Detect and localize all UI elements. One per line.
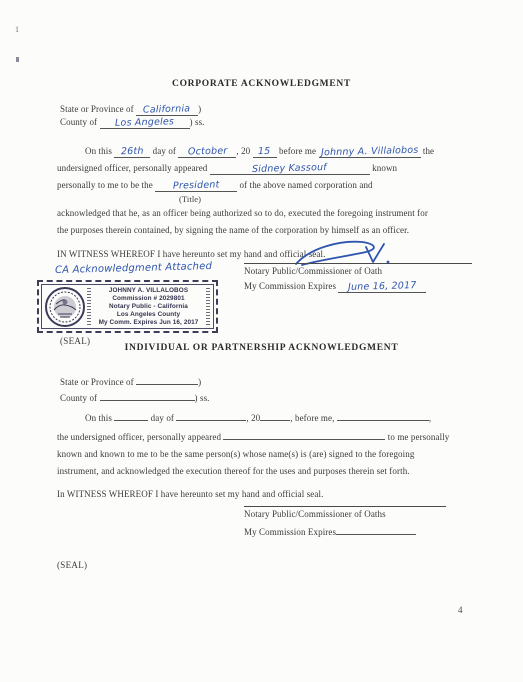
corporate-body: acknowledged that he, as an officer bein… xyxy=(57,205,477,239)
corporate-line1: On this 26th day of October, 20 15 befor… xyxy=(57,143,473,160)
commission-handwriting: June 16, 2017 xyxy=(348,280,417,294)
state-blank: California xyxy=(136,103,198,116)
state-handwriting: California xyxy=(143,103,191,116)
line3-pre-text: personally to me to be the xyxy=(57,180,153,190)
notary-stamp: JOHNNY A. VILLALOBOS Commission # 202980… xyxy=(37,280,218,333)
individual-commission-line: My Commission Expires xyxy=(244,522,474,541)
individual-paragraph: On this day of , 20, before me, , the un… xyxy=(57,408,475,480)
line2-post-text: known xyxy=(372,163,397,173)
month-handwriting: October xyxy=(188,145,228,158)
corporate-venue-block: State or Province of California) County … xyxy=(60,103,480,129)
ind-day-blank xyxy=(114,408,148,421)
notary-name-blank: Johnny A. Villalobos xyxy=(319,145,421,158)
corporate-body-line2: the purposes therein contained, by signi… xyxy=(57,222,477,239)
ind-day-of-text: day of xyxy=(151,413,174,423)
individual-state-line: State or Province of ) xyxy=(60,372,480,388)
individual-commission-blank xyxy=(336,522,416,535)
notary-stamp-inner: JOHNNY A. VILLALOBOS Commission # 202980… xyxy=(41,284,214,329)
state-label: State or Province of xyxy=(60,104,134,114)
appeared-handwriting: Sidney Kassouf xyxy=(252,162,327,176)
commission-label: My Commission Expires xyxy=(244,281,336,291)
corporate-title: CORPORATE ACKNOWLEDGMENT xyxy=(0,79,523,89)
corporate-body-line1: acknowledged that he, as an officer bein… xyxy=(57,205,477,222)
individual-notary-block: Notary Public/Commissioner of Oaths My C… xyxy=(244,506,474,541)
individual-state-paren: ) xyxy=(198,377,201,387)
ind-notary-blank xyxy=(337,408,429,421)
individual-venue-block: State or Province of ) County of ) ss. xyxy=(60,372,480,404)
state-seal-icon xyxy=(44,286,86,328)
corporate-line3: personally to me to be the President of … xyxy=(57,177,473,194)
before-me-text: before me xyxy=(279,146,316,156)
officer-title-handwriting: President xyxy=(173,179,220,192)
officer-title-blank: President xyxy=(155,179,237,192)
year-handwriting: 15 xyxy=(258,146,271,158)
individual-county-blank xyxy=(100,388,195,401)
commission-line: My Commission Expires June 16, 2017 xyxy=(244,278,474,294)
day-of-text: day of xyxy=(153,146,176,156)
stamp-left-microtext xyxy=(87,288,91,326)
the-text: the xyxy=(423,146,434,156)
ind-appeared-blank xyxy=(223,427,385,440)
stamp-right-microtext xyxy=(206,288,210,326)
line3-post-text: of the above named corporation and xyxy=(240,180,373,190)
stamp-commission: Commission # 2029801 xyxy=(92,295,205,303)
year-blank: 15 xyxy=(253,145,277,158)
corporate-state-line: State or Province of California) xyxy=(60,103,480,116)
county-blank: Los Angeles xyxy=(100,116,190,129)
individual-county-line: County of ) ss. xyxy=(60,388,480,404)
stamp-name: JOHNNY A. VILLALOBOS xyxy=(92,287,205,295)
month-blank: October xyxy=(178,145,236,158)
individual-line2: the undersigned officer, personally appe… xyxy=(57,427,475,446)
corporate-county-line: County of Los Angeles) ss. xyxy=(60,116,480,129)
county-handwriting: Los Angeles xyxy=(115,116,174,130)
individual-witness: In WITNESS WHEREOF I have hereunto set m… xyxy=(57,486,323,503)
ind-on-this-text: On this xyxy=(85,413,112,423)
notary-line-label: Notary Public/Commissioner of Oath xyxy=(244,264,474,278)
individual-state-label: State or Province of xyxy=(60,377,134,387)
individual-notary-line-label: Notary Public/Commissioner of Oaths xyxy=(244,507,474,522)
notary-name-handwriting: Johnny A. Villalobos xyxy=(321,145,419,160)
scan-artifact-dot xyxy=(16,57,19,62)
stamp-county: Los Angeles County xyxy=(92,311,205,319)
commission-blank: June 16, 2017 xyxy=(338,280,426,293)
individual-line1: On this day of , 20, before me, , xyxy=(57,408,475,427)
individual-county-paren: ) ss. xyxy=(195,393,210,403)
stamp-expires: My Comm. Expires Jun 16, 2017 xyxy=(92,319,205,327)
state-paren: ) xyxy=(198,104,201,114)
county-label: County of xyxy=(60,117,97,127)
stamp-text-block: JOHNNY A. VILLALOBOS Commission # 202980… xyxy=(92,287,205,327)
scan-artifact-mark: 1 xyxy=(15,25,19,34)
ind-comma-20-text: , 20 xyxy=(246,413,260,423)
individual-commission-label: My Commission Expires xyxy=(244,527,336,537)
ind-line2-pre-text: the undersigned officer, personally appe… xyxy=(57,432,221,442)
appeared-blank: Sidney Kassouf xyxy=(210,162,370,175)
day-handwriting: 26th xyxy=(121,146,144,159)
individual-state-blank xyxy=(136,372,198,385)
stamp-title: Notary Public - California xyxy=(92,303,205,311)
ind-line2-post-text: to me personally xyxy=(388,432,450,442)
individual-title: INDIVIDUAL OR PARTNERSHIP ACKNOWLEDGMENT xyxy=(0,343,523,353)
ind-month-blank xyxy=(176,408,246,421)
line2-pre-text: undersigned officer, personally appeared xyxy=(57,163,207,173)
scanned-notary-document: 1 CORPORATE ACKNOWLEDGMENT State or Prov… xyxy=(0,0,523,682)
day-blank: 26th xyxy=(114,145,150,158)
corporate-annotation: CA Acknowledgment Attached xyxy=(55,258,212,276)
annotation-handwriting: CA Acknowledgment Attached xyxy=(55,261,212,276)
ind-year-blank xyxy=(260,408,290,421)
individual-seal-label: (SEAL) xyxy=(57,560,87,570)
title-caption: (Title) xyxy=(179,194,473,204)
ind-before-me-text: , before me, xyxy=(290,413,334,423)
on-this-text: On this xyxy=(85,146,112,156)
comma-20-text: , 20 xyxy=(236,146,250,156)
county-paren: ) ss. xyxy=(190,117,205,127)
individual-line4: instrument, and acknowledged the executi… xyxy=(57,463,475,480)
ind-trailing-comma: , xyxy=(429,413,431,423)
corporate-line2: undersigned officer, personally appeared… xyxy=(57,160,473,177)
individual-county-label: County of xyxy=(60,393,97,403)
corporate-notary-block: Notary Public/Commissioner of Oath My Co… xyxy=(244,263,474,294)
individual-line3: known and known to me to be the same per… xyxy=(57,446,475,463)
page-number: 4 xyxy=(458,605,463,615)
corporate-paragraph: On this 26th day of October, 20 15 befor… xyxy=(57,143,473,204)
